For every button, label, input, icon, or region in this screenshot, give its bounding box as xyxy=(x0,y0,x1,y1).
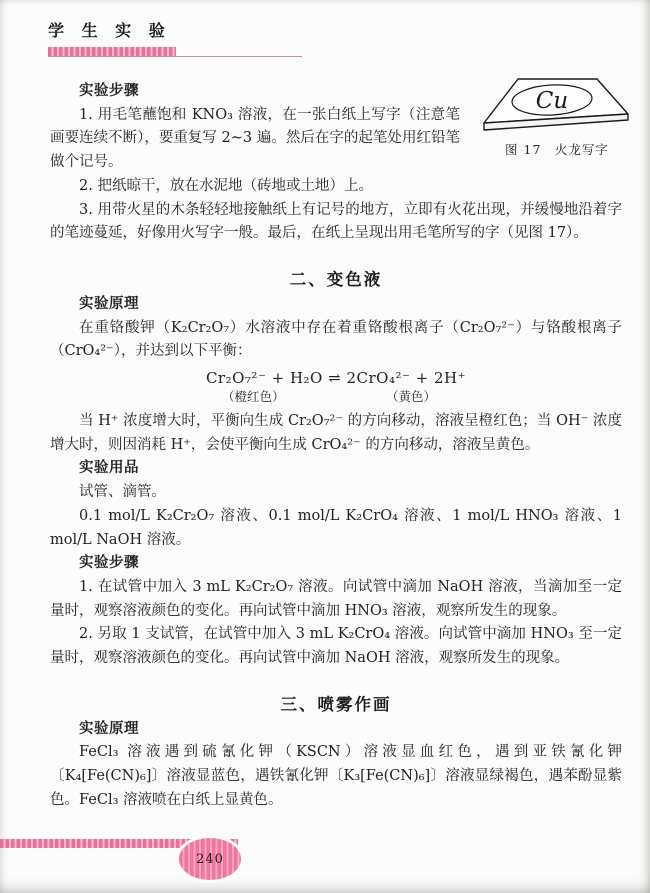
exp1-step-1: 1. 用毛笔蘸饱和 KNO₃ 溶液，在一张白纸上写字（注意笔画要连续不断），要重… xyxy=(50,104,622,175)
chemical-equation-block: Cr₂O₇²⁻ + H₂O ⇌ 2CrO₄²⁻ + 2H⁺ （橙红色） （黄色） xyxy=(50,366,622,410)
equation-label-orange-red: （橙红色） xyxy=(222,389,285,405)
book-page: 学 生 实 验 Cu 图 17 火龙写字 实验步骤 1. 用毛笔蘸饱和 KNO₃… xyxy=(0,0,650,893)
exp2-supplies-heading: 实验用品 xyxy=(50,457,622,481)
page-number-badge: 240 xyxy=(176,835,244,883)
exp2-step-1: 1. 在试管中加入 3 mL K₂Cr₂O₇ 溶液。向试管中滴加 NaOH 溶液… xyxy=(50,576,622,623)
exp3-principle-heading: 实验原理 xyxy=(50,718,622,742)
running-head: 学 生 实 验 xyxy=(48,18,302,41)
chemical-equation: Cr₂O₇²⁻ + H₂O ⇌ 2CrO₄²⁻ + 2H⁺ xyxy=(50,366,622,390)
exp1-step-3: 3. 用带火星的木条轻轻地接触纸上有记号的地方，立即有火花出现，并缓慢地沿着字的… xyxy=(50,199,622,246)
equation-label-yellow: （黄色） xyxy=(386,389,436,405)
exp1-step-2: 2. 把纸晾干，放在水泥地（砖地或土地）上。 xyxy=(50,175,622,199)
exp2-principle-heading: 实验原理 xyxy=(50,293,622,317)
page-number: 240 xyxy=(196,852,224,867)
exp1-steps-heading: 实验步骤 xyxy=(50,80,622,104)
page-header: 学 生 实 验 xyxy=(48,18,302,57)
section-3-title: 三、喷雾作画 xyxy=(50,692,622,718)
exp3-principle-p1: FeCl₃ 溶液遇到硫氰化钾（KSCN）溶液显血红色，遇到亚铁氰化钾〔K₄[Fe… xyxy=(50,741,622,812)
exp2-step-2: 2. 另取 1 支试管，在试管中加入 3 mL K₂CrO₄ 溶液。向试管中滴加… xyxy=(50,623,622,670)
exp2-supplies-1: 试管、滴管。 xyxy=(50,481,622,505)
header-rule-stripes xyxy=(48,47,176,56)
exp2-steps-heading: 实验步骤 xyxy=(50,552,622,576)
header-rule-line xyxy=(48,56,302,57)
exp2-supplies-2: 0.1 mol/L K₂Cr₂O₇ 溶液、0.1 mol/L K₂CrO₄ 溶液… xyxy=(50,505,622,552)
exp2-principle-p1: 在重铬酸钾（K₂Cr₂O₇）水溶液中存在着重铬酸根离子（Cr₂O₇²⁻）与铬酸根… xyxy=(50,317,622,364)
header-rule xyxy=(48,47,302,57)
exp2-principle-p2: 当 H⁺ 浓度增大时，平衡向生成 Cr₂O₇²⁻ 的方向移动，溶液呈橙红色；当 … xyxy=(50,410,622,457)
page-content: 实验步骤 1. 用毛笔蘸饱和 KNO₃ 溶液，在一张白纸上写字（注意笔画要连续不… xyxy=(50,80,622,813)
section-2-title: 二、变色液 xyxy=(50,267,622,293)
